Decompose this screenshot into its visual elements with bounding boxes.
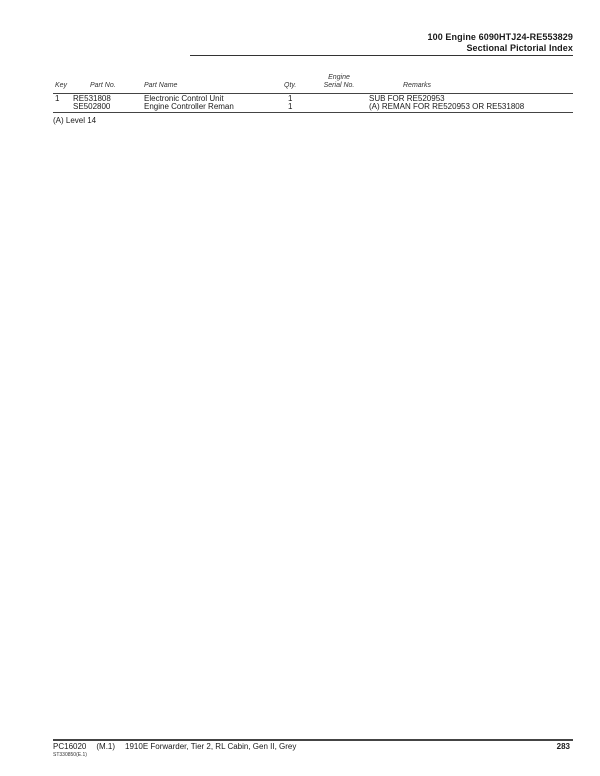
- table-bottom-rule: [53, 112, 573, 113]
- footer-code: ST330850(E.1): [53, 752, 87, 758]
- footer-machine: 1910E Forwarder, Tier 2, RL Cabin, Gen I…: [125, 742, 296, 751]
- footer-divider: [53, 739, 573, 741]
- column-header-remarks: Remarks: [403, 82, 431, 90]
- table-footnote: (A) Level 14: [53, 116, 96, 125]
- cell-qty: 1: [288, 103, 292, 111]
- column-header-serial-line1: Engine: [319, 74, 359, 82]
- header-title: 100 Engine 6090HTJ24-RE553829: [428, 32, 574, 43]
- footer-revision: (M.1): [96, 742, 115, 751]
- footer-doc-number: PC16020: [53, 742, 86, 751]
- cell-remarks: (A) REMAN FOR RE520953 OR RE531808: [369, 103, 524, 111]
- column-header-qty: Qty.: [284, 82, 296, 90]
- column-header-serial-line2: Serial No.: [319, 82, 359, 90]
- column-header-key: Key: [55, 82, 67, 90]
- column-header-serial-no: Engine Serial No.: [319, 74, 359, 90]
- parts-table-body: 1 RE531808 Electronic Control Unit 1 SUB…: [53, 95, 573, 111]
- page-header: 100 Engine 6090HTJ24-RE553829 Sectional …: [428, 32, 574, 54]
- header-subtitle: Sectional Pictorial Index: [428, 43, 574, 54]
- table-header: Key Part No. Part Name Qty. Engine Seria…: [53, 70, 573, 92]
- column-header-part-no: Part No.: [90, 82, 116, 90]
- table-row: SE502800 Engine Controller Reman 1 (A) R…: [53, 103, 573, 111]
- column-header-part-name: Part Name: [144, 82, 177, 90]
- cell-part-no: SE502800: [73, 103, 110, 111]
- header-divider: [190, 55, 573, 56]
- cell-key: 1: [55, 95, 59, 103]
- page-number: 283: [557, 742, 570, 751]
- page-footer: PC16020(M.1)1910E Forwarder, Tier 2, RL …: [53, 742, 296, 751]
- cell-part-name: Engine Controller Reman: [144, 103, 234, 111]
- table-top-rule: [53, 93, 573, 94]
